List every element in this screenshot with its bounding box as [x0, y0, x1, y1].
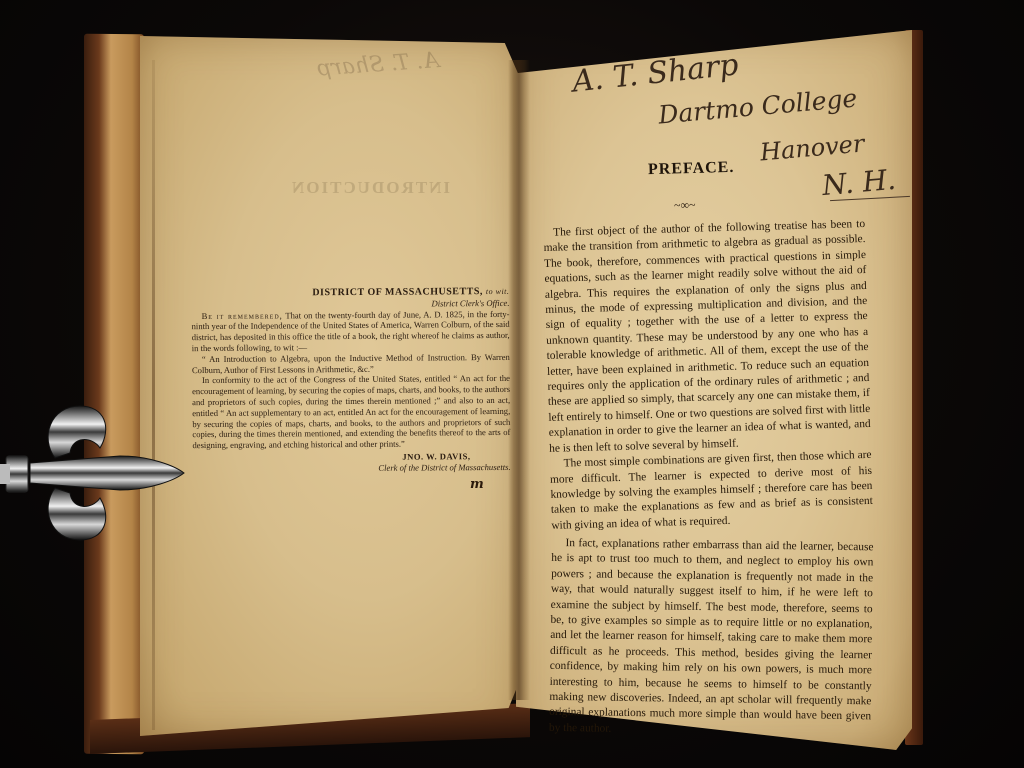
copyright-para-1: Be it remembered, That on the twenty-fou…	[192, 308, 510, 353]
preface-paragraph: The most simple combinations are given f…	[549, 448, 873, 534]
fleur-de-lis-clip-icon	[0, 398, 190, 548]
ink-mark: m	[470, 477, 484, 492]
book-gutter	[508, 60, 530, 700]
copyright-notice: DISTRICT OF MASSACHUSETTS, to wit. Distr…	[191, 287, 510, 475]
clerk-title: Clerk of the District of Massachusetts.	[193, 462, 511, 475]
preface-paragraph: The first object of the author of the fo…	[543, 217, 871, 457]
preface-title: PREFACE.	[648, 159, 735, 179]
bleed-through-title: INTRODUCTION	[290, 178, 450, 198]
left-page-fold	[152, 60, 155, 730]
book-cover-left-edge	[84, 34, 144, 755]
preface-body: The first object of the author of the fo…	[543, 217, 879, 736]
preface-paragraph: In fact, explanations rather embarrass t…	[549, 536, 874, 741]
copyright-para-3: In conformity to the act of the Congress…	[192, 373, 511, 451]
ornament-icon: ~∞~	[674, 198, 696, 214]
copyright-para-2: “ An Introduction to Algebra, upon the I…	[192, 352, 510, 376]
